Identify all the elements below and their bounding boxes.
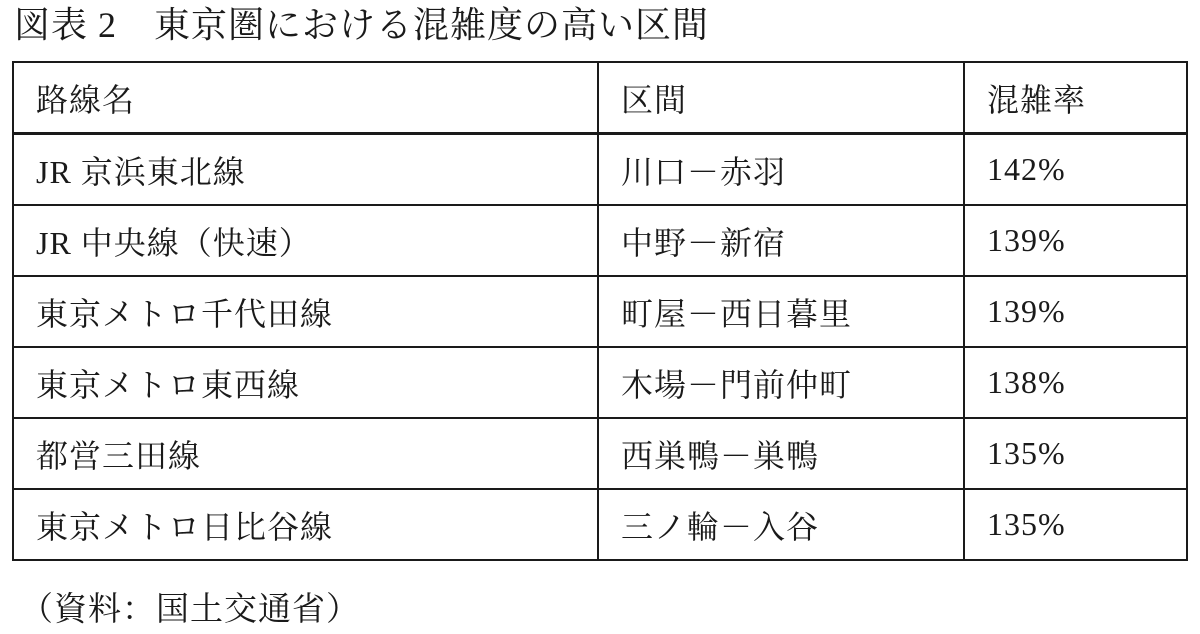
section-cell: 町屋－西日暮里: [598, 276, 964, 347]
section-cell: 川口－赤羽: [598, 134, 964, 206]
rate-cell: 135%: [964, 489, 1187, 560]
table-row: JR 京浜東北線 川口－赤羽 142%: [13, 134, 1187, 206]
table-row: 都営三田線 西巣鴨－巣鴨 135%: [13, 418, 1187, 489]
col-header-congestion: 混雑率: [964, 62, 1187, 134]
rate-cell: 139%: [964, 205, 1187, 276]
col-header-line-name: 路線名: [13, 62, 598, 134]
rate-cell: 138%: [964, 347, 1187, 418]
section-cell: 三ノ輪－入谷: [598, 489, 964, 560]
congestion-table: 路線名 区間 混雑率 JR 京浜東北線 川口－赤羽 142% JR 中央線（快速…: [12, 61, 1188, 561]
line-cell: JR 京浜東北線: [13, 134, 598, 206]
line-cell: 東京メトロ東西線: [13, 347, 598, 418]
rate-cell: 142%: [964, 134, 1187, 206]
table-row: 東京メトロ日比谷線 三ノ輪－入谷 135%: [13, 489, 1187, 560]
rate-cell: 139%: [964, 276, 1187, 347]
section-cell: 西巣鴨－巣鴨: [598, 418, 964, 489]
table-row: 東京メトロ東西線 木場－門前仲町 138%: [13, 347, 1187, 418]
section-cell: 中野－新宿: [598, 205, 964, 276]
figure-title: 図表 2 東京圏における混雑度の高い区間: [14, 4, 709, 47]
document-page: 図表 2 東京圏における混雑度の高い区間 路線名 区間 混雑率 JR 京浜東北線…: [0, 0, 1200, 634]
table-row: 東京メトロ千代田線 町屋－西日暮里 139%: [13, 276, 1187, 347]
line-cell: JR 中央線（快速）: [13, 205, 598, 276]
section-cell: 木場－門前仲町: [598, 347, 964, 418]
line-cell: 都営三田線: [13, 418, 598, 489]
line-cell: 東京メトロ日比谷線: [13, 489, 598, 560]
rate-cell: 135%: [964, 418, 1187, 489]
line-cell: 東京メトロ千代田線: [13, 276, 598, 347]
col-header-section: 区間: [598, 62, 964, 134]
table-header-row: 路線名 区間 混雑率: [13, 62, 1187, 134]
table-row: JR 中央線（快速） 中野－新宿 139%: [13, 205, 1187, 276]
source-note: （資料：国土交通省）: [20, 583, 360, 630]
